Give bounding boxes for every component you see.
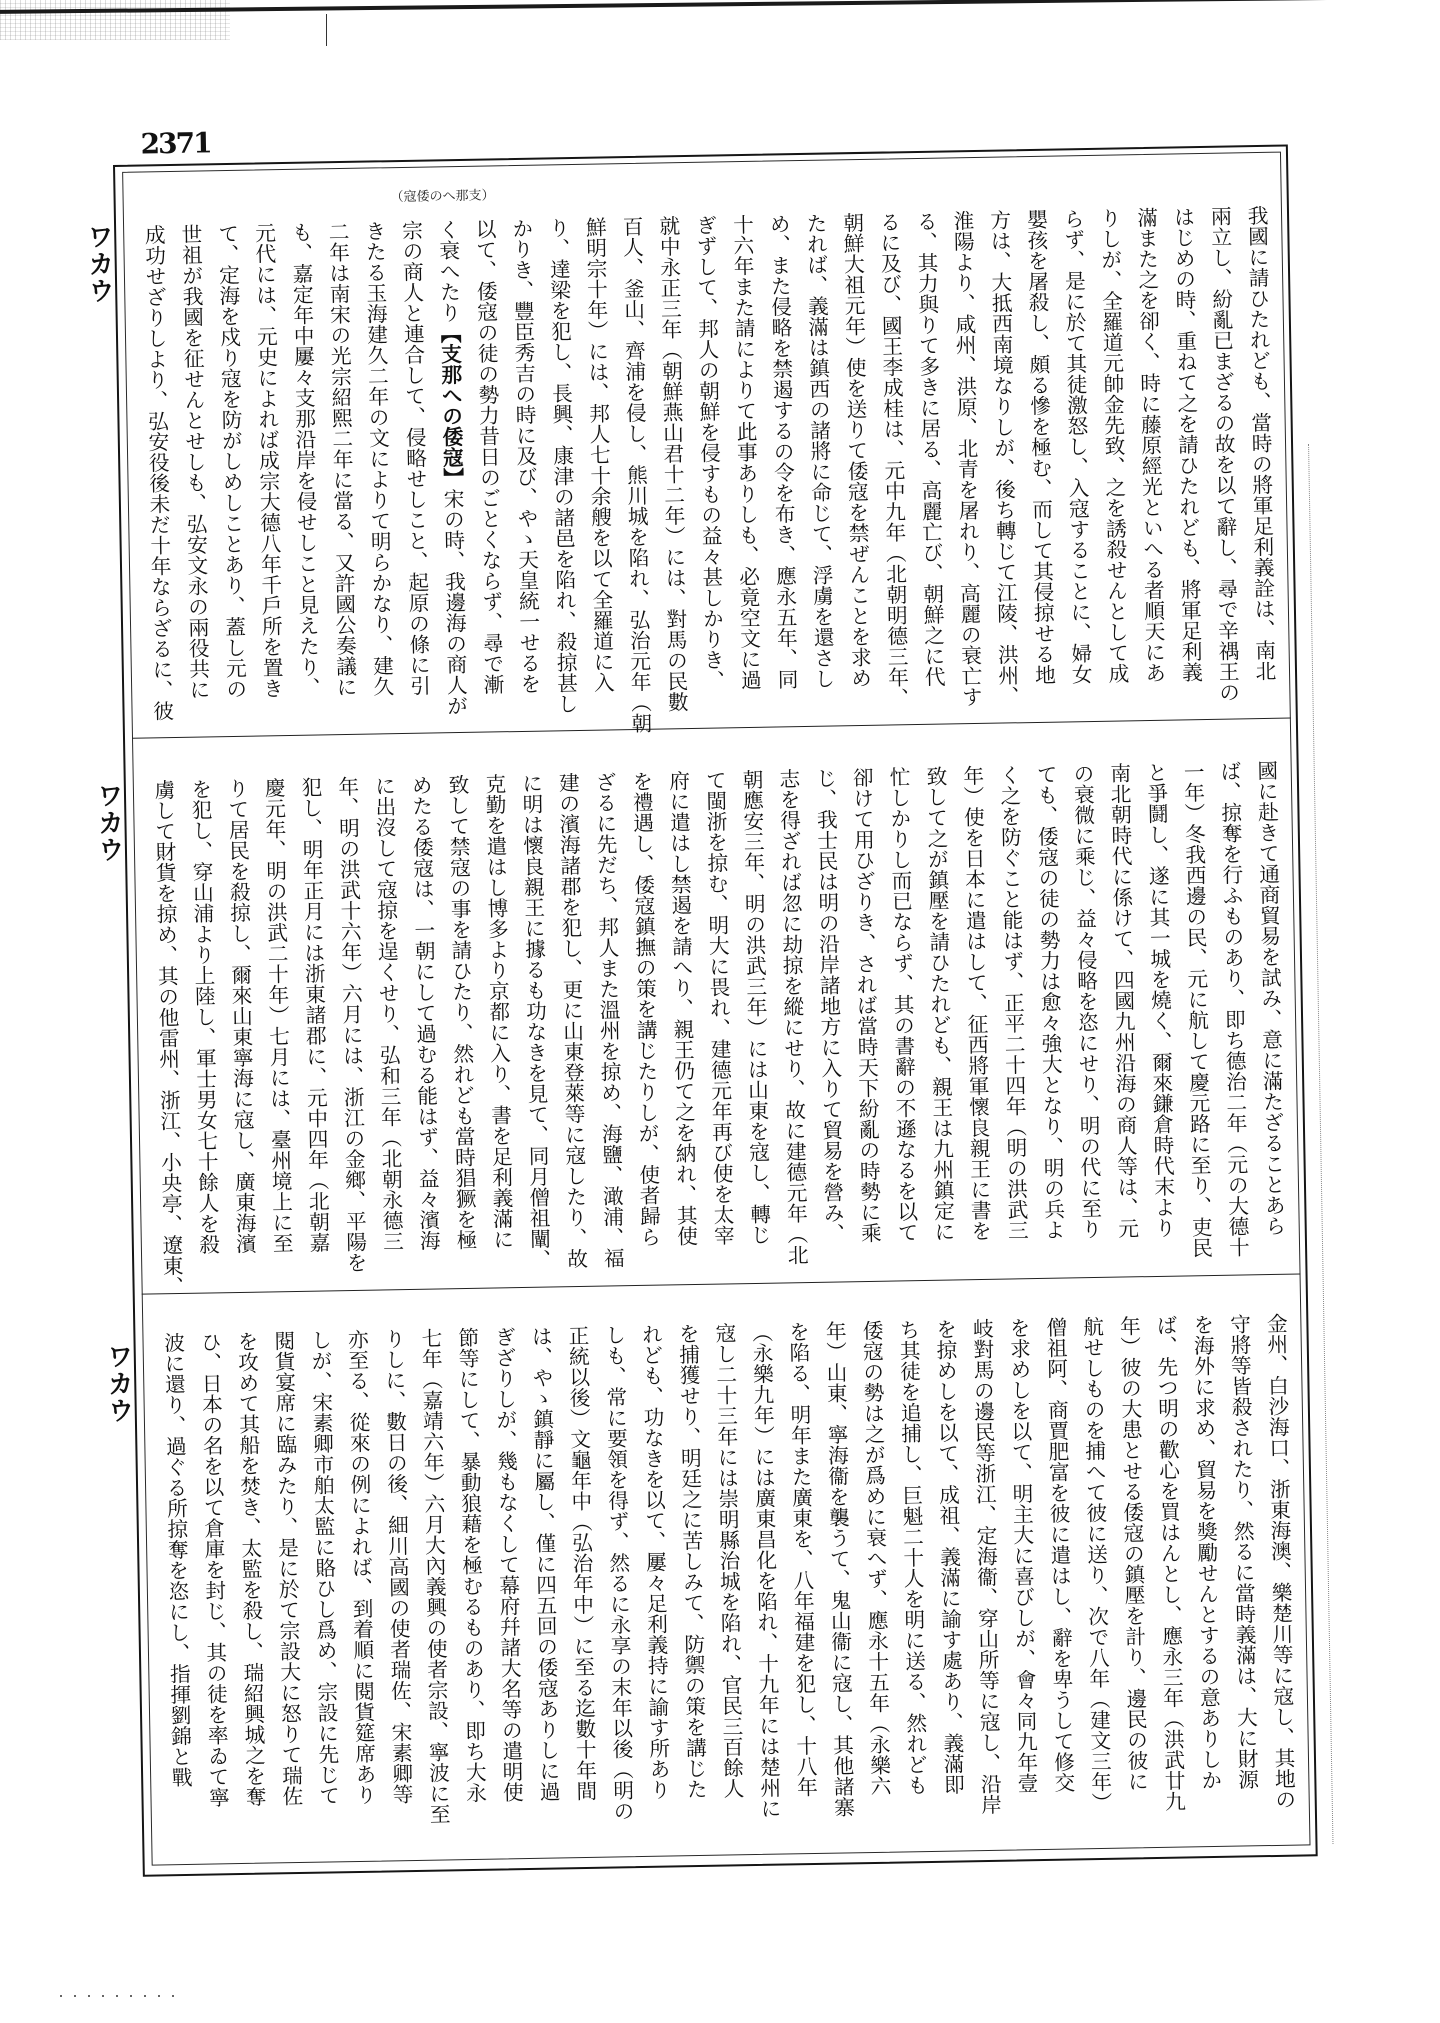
margin-index-tab: ワカウ <box>104 1343 133 1427</box>
text-section-top: 我國に請ひたれども、當時の將軍足利義詮は、南北 兩立し、紛亂已まざるの故を以て辭… <box>134 205 1283 735</box>
scan-tick-mark <box>326 14 327 46</box>
running-head: （支那への倭寇） <box>394 189 494 205</box>
text-section-middle: 國に赴きて通商貿易を試み、意に滿たざることあら ば、掠奪を行ふものあり、即ち德治… <box>144 760 1293 1290</box>
text-section-bottom: 金州、白沙海口、浙東海澳、樂楚川等に寇し、其地の 守將等皆殺されたり、然るに當時… <box>153 1313 1302 1843</box>
dictionary-page: 2371 （支那への倭寇） ワカウ ワカウ ワカウ 我國に請ひたれども、當時の將… <box>113 144 1318 1876</box>
scan-dots <box>60 1995 180 1997</box>
margin-index-tab: ワカウ <box>84 223 113 307</box>
margin-index-tab: ワカウ <box>94 782 123 866</box>
text-run: 宋の時、我邊海の商人が <box>440 488 468 716</box>
page-number: 2371 <box>140 129 210 158</box>
scan-noise <box>0 0 230 40</box>
subentry-heading: 【支那への倭寇】 <box>437 322 464 488</box>
text-run: く衰へたり <box>435 219 461 323</box>
